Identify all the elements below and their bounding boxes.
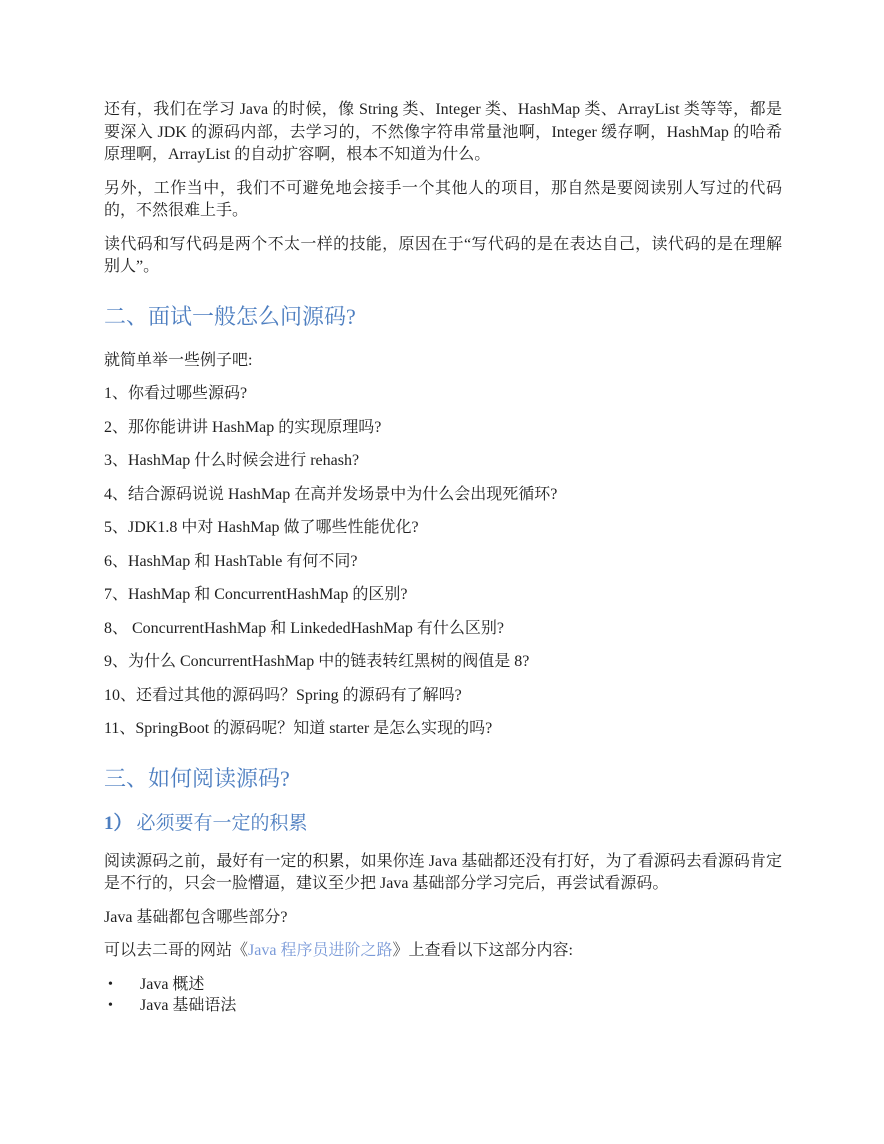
interview-question-1: 1、你看过哪些源码? [104,383,782,406]
interview-question-5: 5、JDK1.8 中对 HashMap 做了哪些性能优化? [104,517,782,540]
link-line-prefix: 可以去二哥的网站《 [104,942,248,959]
link-line-suffix: 》上查看以下这部分内容: [392,942,572,959]
interview-question-2: 2、那你能讲讲 HashMap 的实现原理吗? [104,417,782,440]
document-page: 还有，我们在学习 Java 的时候，像 String 类、Integer 类、H… [0,0,884,1144]
section2-heading: 二、面试一般怎么问源码? [104,303,782,331]
java-roadmap-link[interactable]: Java 程序员进阶之路 [248,942,392,959]
list-item: Java 概述 [104,974,782,996]
document-content: 还有，我们在学习 Java 的时候，像 String 类、Integer 类、H… [104,99,782,1017]
intro-paragraph-3: 读代码和写代码是两个不太一样的技能，原因在于“写代码的是在表达自己，读代码的是在… [104,234,782,279]
java-basics-list: Java 概述 Java 基础语法 [104,974,782,1017]
interview-question-11: 11、SpringBoot 的源码呢？知道 starter 是怎么实现的吗? [104,718,782,741]
sub1-paragraph-2: Java 基础都包含哪些部分? [104,907,782,930]
interview-question-6: 6、HashMap 和 HashTable 有何不同? [104,551,782,574]
sub1-paragraph-1: 阅读源码之前，最好有一定的积累，如果你连 Java 基础都还没有打好，为了看源码… [104,851,782,896]
sub1-link-line: 可以去二哥的网站《Java 程序员进阶之路》上查看以下这部分内容: [104,940,782,963]
section3-sub1-heading: 1）必须要有一定的积累 [104,812,782,836]
interview-question-9: 9、为什么 ConcurrentHashMap 中的链表转红黑树的阀值是 8? [104,651,782,674]
sub-heading-number: 1） [104,813,133,834]
section2-lead: 就简单举一些例子吧: [104,350,782,373]
interview-question-4: 4、结合源码说说 HashMap 在高并发场景中为什么会出现死循环? [104,484,782,507]
list-item: Java 基础语法 [104,995,782,1017]
section3-heading: 三、如何阅读源码? [104,765,782,793]
sub-heading-title: 必须要有一定的积累 [137,813,308,834]
intro-paragraph-1: 还有，我们在学习 Java 的时候，像 String 类、Integer 类、H… [104,99,782,167]
interview-question-8: 8、 ConcurrentHashMap 和 LinkededHashMap 有… [104,618,782,641]
interview-question-7: 7、HashMap 和 ConcurrentHashMap 的区别? [104,584,782,607]
interview-question-10: 10、还看过其他的源码吗？Spring 的源码有了解吗? [104,685,782,708]
intro-paragraph-2: 另外，工作当中，我们不可避免地会接手一个其他人的项目，那自然是要阅读别人写过的代… [104,178,782,223]
interview-question-3: 3、HashMap 什么时候会进行 rehash? [104,450,782,473]
